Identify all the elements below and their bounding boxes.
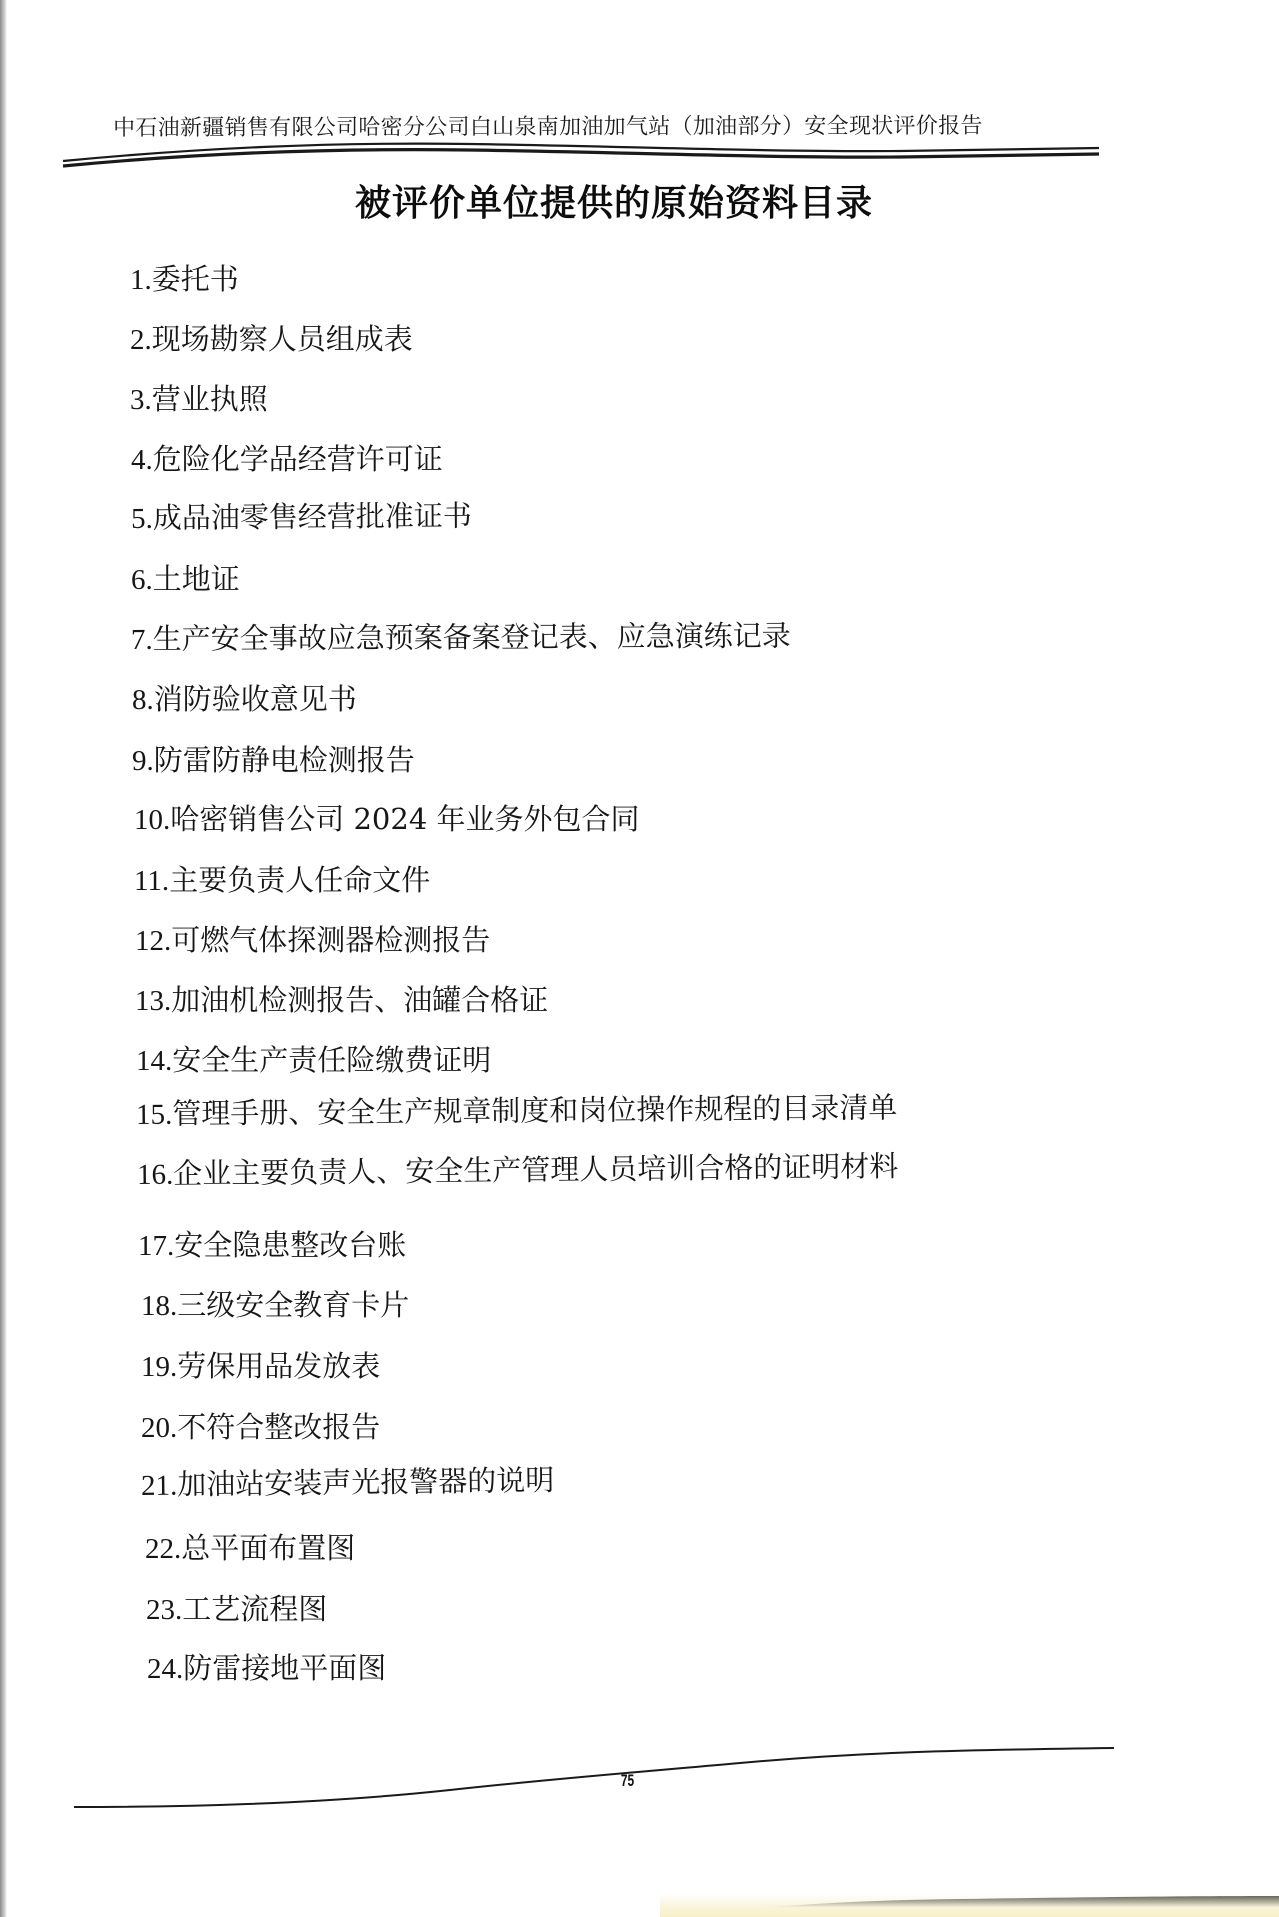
toc-item-text: 三级安全教育卡片 (177, 1288, 409, 1322)
toc-item-text: 委托书 (152, 262, 239, 296)
toc-item: 16.企业主要负责人、安全生产管理人员培训合格的证明材料 (137, 1144, 899, 1193)
toc-item-number: 4. (131, 444, 153, 476)
toc-item-text: 工艺流程图 (182, 1592, 327, 1626)
toc-item: 12.可燃气体探测器检测报告 (135, 918, 490, 959)
toc-item-text: 安全隐患整改台账 (174, 1228, 406, 1262)
toc-item-number: 2. (130, 324, 152, 356)
header-rule-bottom (63, 150, 1099, 166)
toc-item-number: 13. (135, 985, 171, 1017)
toc-item-text: 成品油零售经营批准证书 (153, 499, 472, 535)
toc-item: 9.防雷防静电检测报告 (132, 738, 415, 779)
toc-item: 7.生产安全事故应急预案备案登记表、应急演练记录 (131, 614, 791, 658)
toc-item: 10.哈密销售公司 2024 年业务外包合同 (134, 797, 640, 838)
toc-item-number: 9. (132, 745, 154, 777)
toc-item-number: 21. (141, 1470, 178, 1502)
toc-item: 13.加油机检测报告、油罐合格证 (135, 978, 548, 1019)
toc-item: 2.现场勘察人员组成表 (130, 317, 413, 358)
header-rule-top (63, 144, 1099, 161)
toc-item-number: 8. (132, 684, 154, 716)
toc-item: 23.工艺流程图 (146, 1587, 327, 1628)
toc-item: 22.总平面布置图 (145, 1526, 355, 1567)
toc-item-text: 主要负责人任命文件 (169, 863, 430, 897)
toc-item-number: 16. (137, 1159, 174, 1191)
toc-item-text: 可燃气体探测器检测报告 (171, 923, 490, 957)
page-number: 75 (621, 1771, 634, 1791)
toc-item: 8.消防验收意见书 (132, 677, 357, 718)
toc-item-number: 3. (130, 384, 152, 416)
toc-item: 20.不符合整改报告 (141, 1405, 380, 1446)
toc-item-number: 22. (145, 1533, 181, 1565)
toc-item-number: 20. (141, 1412, 177, 1444)
toc-item: 18.三级安全教育卡片 (141, 1283, 409, 1324)
toc-item-number: 14. (136, 1045, 172, 1077)
toc-item-number: 18. (141, 1290, 177, 1322)
page-bottom-shadow (660, 1893, 1279, 1917)
toc-item-number: 5. (131, 503, 153, 535)
footer-rule (74, 1748, 1114, 1807)
toc-item: 1.委托书 (130, 257, 239, 298)
toc-item-text: 土地证 (153, 562, 240, 596)
toc-item: 3.营业执照 (130, 377, 268, 418)
toc-item: 6.土地证 (131, 557, 240, 598)
toc-item-text: 营业执照 (152, 382, 268, 416)
toc-item: 14.安全生产责任险缴费证明 (136, 1038, 491, 1079)
toc-item-text: 现场勘察人员组成表 (152, 322, 413, 356)
toc-item-number: 7. (131, 624, 153, 656)
toc-item-text: 防雷接地平面图 (183, 1651, 386, 1685)
toc-item-text: 哈密销售公司 2024 年业务外包合同 (170, 802, 639, 836)
toc-item-text: 消防验收意见书 (154, 682, 357, 716)
toc-item-text: 管理手册、安全生产规章制度和岗位操作规程的目录清单 (172, 1090, 897, 1130)
toc-item: 24.防雷接地平面图 (147, 1646, 386, 1687)
toc-item-number: 19. (141, 1351, 177, 1383)
toc-item-text: 加油站安装声光报警器的说明 (177, 1463, 554, 1502)
toc-item-text: 生产安全事故应急预案备案登记表、应急演练记录 (153, 619, 791, 656)
toc-item-text: 不符合整改报告 (177, 1410, 380, 1444)
toc-item-number: 6. (131, 564, 153, 596)
toc-item-number: 1. (130, 264, 152, 296)
toc-item-text: 劳保用品发放表 (177, 1349, 380, 1383)
toc-item: 4.危险化学品经营许可证 (131, 437, 443, 478)
toc-item-text: 安全生产责任险缴费证明 (172, 1043, 491, 1077)
toc-item-text: 总平面布置图 (181, 1531, 355, 1565)
page-left-edge-shadow (0, 0, 7, 1917)
running-header: 中石油新疆销售有限公司哈密分公司白山泉南加油加气站（加油部分）安全现状评价报告 (113, 109, 983, 142)
toc-item-text: 加油机检测报告、油罐合格证 (171, 983, 548, 1017)
toc-item-text: 企业主要负责人、安全生产管理人员培训合格的证明材料 (173, 1149, 898, 1191)
toc-item-number: 24. (147, 1653, 183, 1685)
toc-item: 19.劳保用品发放表 (141, 1344, 380, 1385)
toc-item-number: 17. (138, 1230, 174, 1262)
toc-item-number: 11. (134, 865, 169, 897)
toc-item-number: 15. (136, 1099, 173, 1131)
toc-item-text: 危险化学品经营许可证 (153, 442, 443, 476)
toc-item: 5.成品油零售经营批准证书 (131, 494, 472, 537)
toc-item-text: 防雷防静电检测报告 (154, 743, 415, 777)
toc-item: 21.加油站安装声光报警器的说明 (141, 1458, 555, 1504)
toc-item: 15.管理手册、安全生产规章制度和岗位操作规程的目录清单 (136, 1085, 898, 1133)
toc-item-number: 12. (135, 925, 171, 957)
toc-item: 11.主要负责人任命文件 (134, 858, 430, 899)
toc-item-number: 23. (146, 1594, 182, 1626)
toc-item: 17.安全隐患整改台账 (138, 1223, 406, 1264)
page-title: 被评价单位提供的原始资料目录 (355, 175, 873, 226)
toc-item-number: 10. (134, 804, 170, 836)
